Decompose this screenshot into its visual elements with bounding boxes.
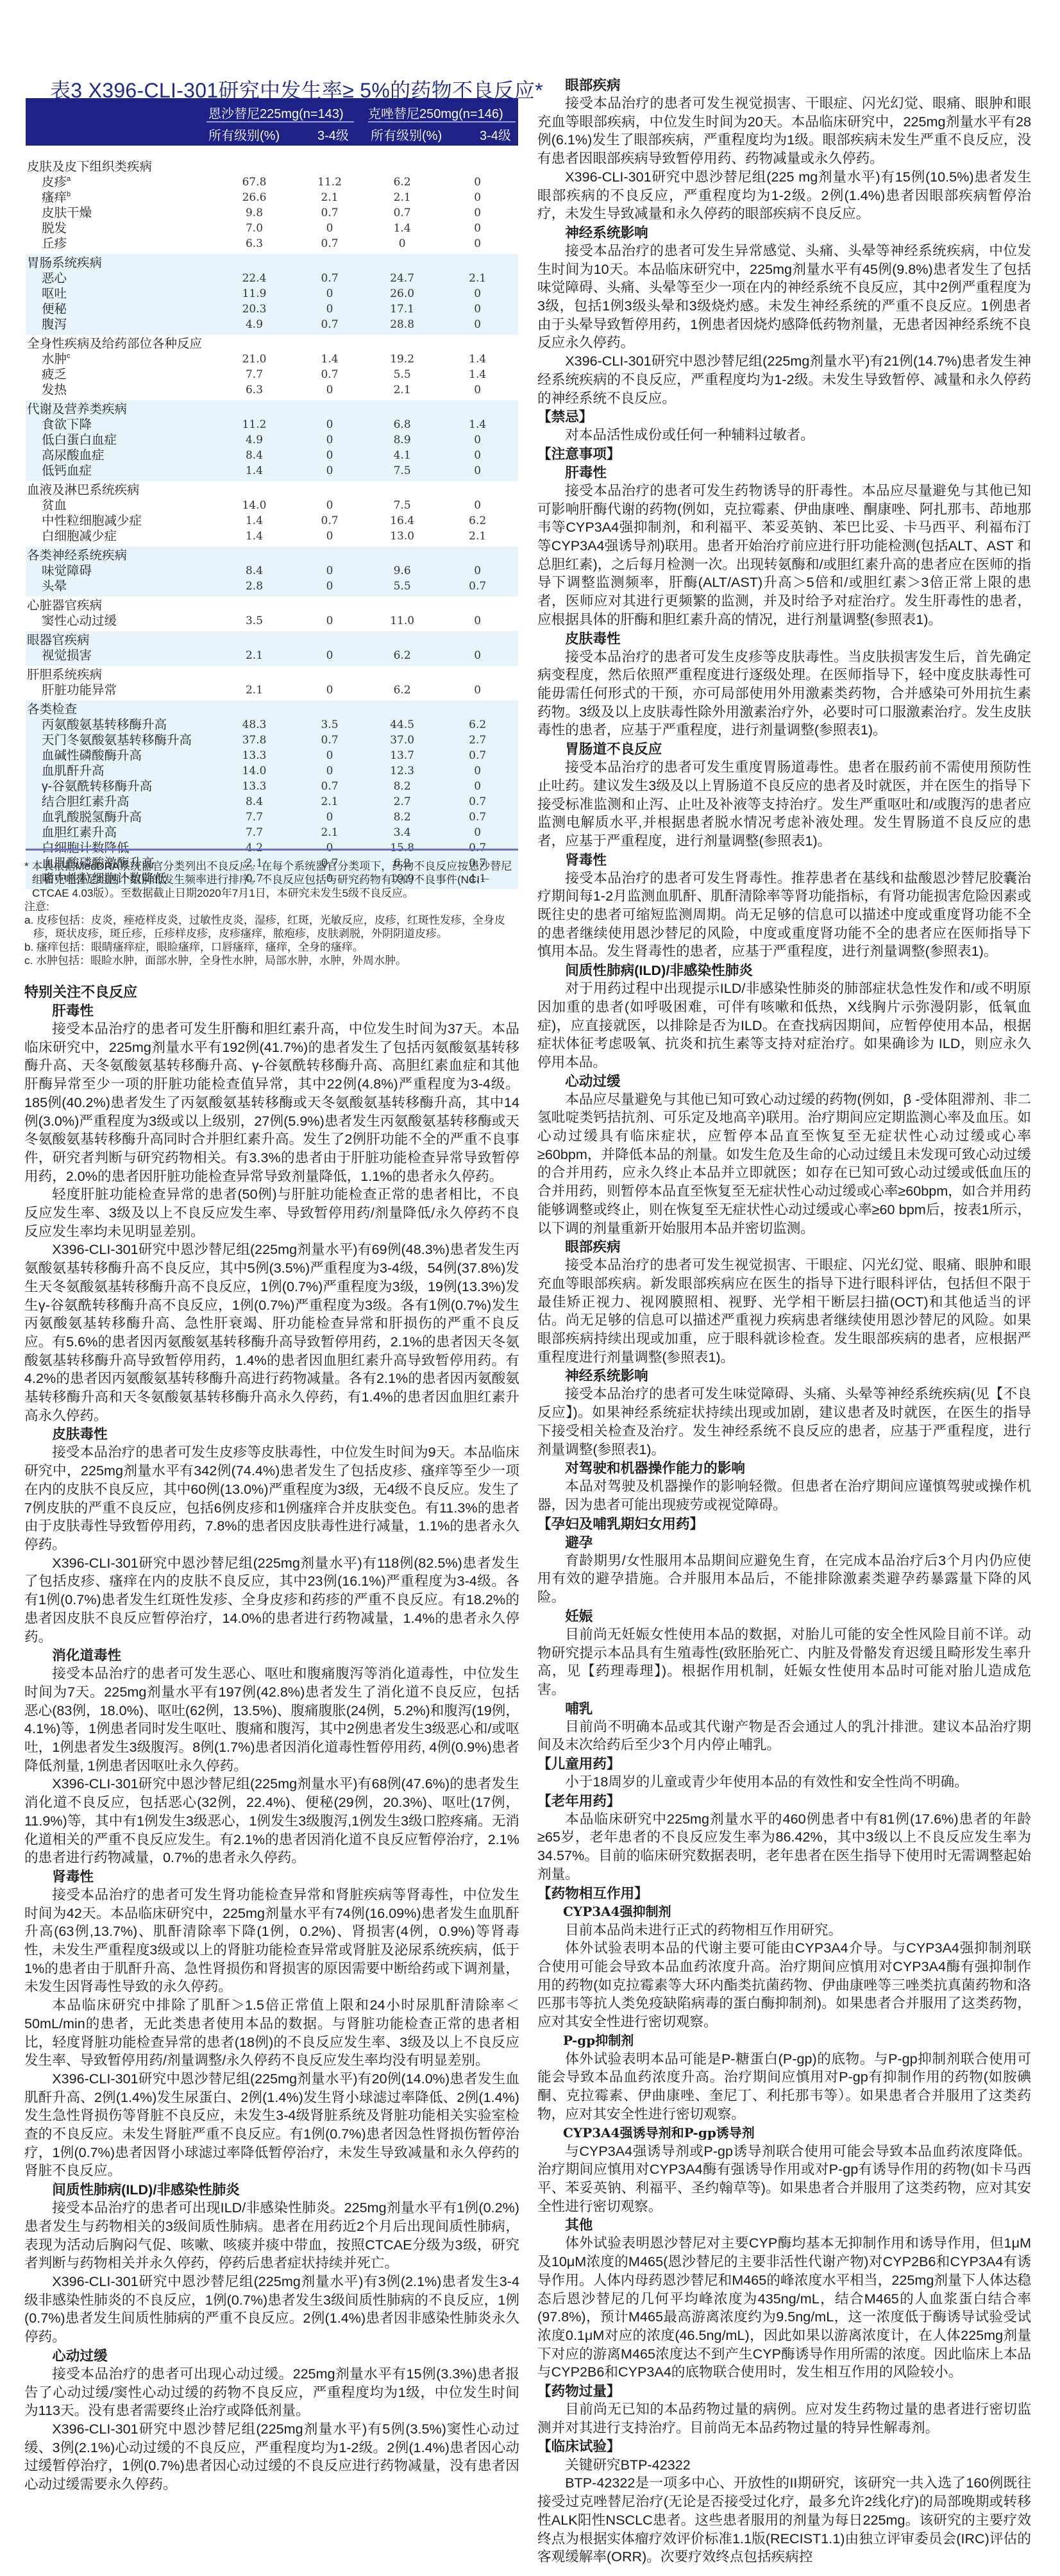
soc-group: 心脏器官疾病窦性心动过缓3.5011.00 xyxy=(26,597,518,631)
table-row: 瘙痒b26.62.12.10 xyxy=(26,190,518,205)
soc-category-label: 胃肠系统疾病 xyxy=(26,255,518,271)
adverse-event-label: γ-谷氨酰转移酶升高 xyxy=(42,779,152,793)
adverse-event-label: 瘙痒 xyxy=(42,191,67,205)
crizotinib-grade34: 2.7 xyxy=(437,733,518,748)
subheading-eye-disorders: 眼部疾病 xyxy=(537,1237,1031,1256)
table-row: 恶心22.40.724.72.1 xyxy=(26,271,518,286)
section-pediatric-use: 【儿童用药】 xyxy=(537,1754,1031,1773)
table-row: 白细胞减少症1.4013.02.1 xyxy=(26,529,518,544)
ensartinib-all-grades: 67.8 xyxy=(217,174,292,190)
soc-group: 肝胆系统疾病肝脏功能异常2.106.20 xyxy=(26,666,518,700)
crizotinib-grade34: 2.1 xyxy=(437,529,518,544)
header-all-grades-1: 所有级别(%) xyxy=(208,125,280,144)
paragraph: 接受本品治疗的患者可发生味觉障碍、头痛、头晕等神经系统疾病(见【不良反应】)。如… xyxy=(537,1385,1031,1459)
crizotinib-all-grades: 2.1 xyxy=(367,382,437,398)
table-row: 发热6.302.10 xyxy=(26,382,518,398)
adverse-event-label: 结合胆红素升高 xyxy=(42,795,130,809)
section-pregnancy-lactation: 【孕妇及哺乳期妇女用药】 xyxy=(537,1514,1031,1533)
table-row: 头晕2.805.50.7 xyxy=(26,579,518,594)
soc-group: 胃肠系统疾病恶心22.40.724.72.1呕吐11.9026.00便秘20.3… xyxy=(26,254,518,335)
paragraph: 接受本品治疗的患者可发生肝酶和胆红素升高，中位发生时间为37天。本品临床研究中，… xyxy=(24,1020,519,1185)
footnote-marker: c xyxy=(67,352,71,360)
adverse-event-label: 天门冬氨酸氨基转移酶升高 xyxy=(42,733,192,747)
crizotinib-grade34: 0 xyxy=(437,448,518,463)
ensartinib-grade34: 11.2 xyxy=(292,174,367,190)
ensartinib-grade34: 0.7 xyxy=(292,513,367,529)
footnote-a: a. 皮疹包括：皮炎，痤疮样皮炎，过敏性皮炎，湿疹，红斑，光敏反应，皮疹，红斑性… xyxy=(24,913,521,940)
paragraph: 目前尚无妊娠女性使用本品的数据，对胎儿可能的安全性风险目前不详。动物研究提示本品… xyxy=(537,1625,1031,1699)
crizotinib-all-grades: 44.5 xyxy=(367,717,437,733)
ensartinib-all-grades: 26.6 xyxy=(217,190,292,205)
subheading-bradycardia: 心动过缓 xyxy=(537,1072,1031,1090)
crizotinib-all-grades: 8.2 xyxy=(367,809,437,825)
subheading-lactation: 哺乳 xyxy=(537,1699,1031,1718)
ensartinib-all-grades: 7.7 xyxy=(217,825,292,840)
header-underline-1 xyxy=(206,121,354,123)
left-column-body: 特别关注不良反应 肝毒性 接受本品治疗的患者可发生肝酶和胆红素升高，中位发生时间… xyxy=(24,983,519,2494)
adverse-event-label: 窦性心动过缓 xyxy=(42,614,117,628)
adverse-event-label: 便秘 xyxy=(42,302,67,316)
adverse-event-label: 血胆红素升高 xyxy=(42,826,117,840)
table-row: 呕吐11.9026.00 xyxy=(26,286,518,301)
table-row: 天门冬氨酸氨基转移酶升高37.80.737.02.7 xyxy=(26,733,518,748)
adverse-event-name: 视觉损害 xyxy=(26,648,201,663)
header-underline-2 xyxy=(368,121,516,123)
adverse-event-name: 低钙血症 xyxy=(26,463,201,479)
paragraph: 体外试验表明本品的代谢主要可能由CYP3A4介导。与CYP3A4强抑制剂联合使用… xyxy=(537,1939,1031,2031)
ensartinib-grade34: 0 xyxy=(292,432,367,448)
crizotinib-grade34: 0 xyxy=(437,463,518,479)
paragraph: X396-CLI-301研究中恩沙替尼组(225mg剂量水平)有68例(47.6… xyxy=(24,1775,519,1867)
table-row: 味觉障碍8.409.60 xyxy=(26,563,518,579)
ensartinib-all-grades: 14.0 xyxy=(217,498,292,513)
adverse-event-label: 头晕 xyxy=(42,579,67,593)
adverse-event-label: 疲乏 xyxy=(42,368,67,382)
adverse-event-name: 天门冬氨酸氨基转移酶升高 xyxy=(26,733,201,748)
header-group-crizotinib: 克唑替尼250mg(n=146) xyxy=(368,103,503,122)
crizotinib-all-grades: 6.2 xyxy=(367,174,437,190)
adverse-event-name: γ-谷氨酰转移酶升高 xyxy=(26,779,201,794)
ensartinib-all-grades: 9.8 xyxy=(217,205,292,221)
ensartinib-all-grades: 1.4 xyxy=(217,513,292,529)
paragraph: 接受本品治疗的患者可发生皮疹等皮肤毒性，中位发生时间为9天。本品临床研究中，22… xyxy=(24,1443,519,1554)
ensartinib-grade34: 0 xyxy=(292,448,367,463)
table-row: 中性粒细胞减少症1.40.716.46.2 xyxy=(26,513,518,529)
crizotinib-all-grades: 6.2 xyxy=(367,648,437,663)
adverse-event-name: 肝脏功能异常 xyxy=(26,682,201,698)
ensartinib-all-grades: 6.3 xyxy=(217,382,292,398)
adverse-event-label: 肝脏功能异常 xyxy=(42,683,117,697)
ensartinib-all-grades: 6.3 xyxy=(217,236,292,251)
adverse-event-label: 皮疹 xyxy=(42,175,67,189)
header-all-grades-2: 所有级别(%) xyxy=(371,125,442,144)
adverse-event-label: 味觉障碍 xyxy=(42,564,92,578)
paragraph: 接受本品治疗的患者可发生恶心、呕吐和腹痛腹泻等消化道毒性，中位发生时间为7天。2… xyxy=(24,1665,519,1775)
subheading-contraception: 避孕 xyxy=(537,1533,1031,1552)
subheading-eye-disorders: 眼部疾病 xyxy=(537,76,1031,94)
adverse-event-name: 恶心 xyxy=(26,271,201,286)
ensartinib-all-grades: 3.5 xyxy=(217,613,292,629)
crizotinib-all-grades: 6.8 xyxy=(367,417,437,432)
section-geriatric-use: 【老年用药】 xyxy=(537,1792,1031,1810)
adverse-event-label: 食欲下降 xyxy=(42,418,92,432)
subheading-cyp3a4-inhibitors: CYP3A4强抑制剂 xyxy=(537,1902,1031,1921)
crizotinib-grade34: 0 xyxy=(437,190,518,205)
ensartinib-grade34: 0.7 xyxy=(292,733,367,748)
paragraph: 与CYP3A4强诱导剂或P-gp诱导剂联合使用可能会导致本品血药浓度降低。治疗期… xyxy=(537,2142,1031,2216)
crizotinib-grade34: 0 xyxy=(437,498,518,513)
crizotinib-all-grades: 13.0 xyxy=(367,529,437,544)
section-title-special-ae: 特别关注不良反应 xyxy=(24,983,519,1001)
paragraph: 本品临床研究中225mg剂量水平的460例患者中有81例(17.6%)患者的年龄… xyxy=(537,1810,1031,1884)
adverse-event-name: 脱发 xyxy=(26,221,201,236)
ensartinib-grade34: 0.7 xyxy=(292,779,367,794)
adverse-event-name: 高尿酸血症 xyxy=(26,448,201,463)
crizotinib-all-grades: 6.2 xyxy=(367,682,437,698)
adverse-event-name: 白细胞计数降低 xyxy=(26,840,201,856)
subheading-pgp-inhibitors: P-gp抑制剂 xyxy=(537,2031,1031,2050)
adverse-event-label: 血碱性磷酸酶升高 xyxy=(42,749,142,763)
soc-group: 各类神经系统疾病味觉障碍8.409.60头晕2.805.50.7 xyxy=(26,547,518,597)
ensartinib-all-grades: 11.9 xyxy=(217,286,292,301)
table-row: 皮肤干燥9.80.70.70 xyxy=(26,205,518,221)
adverse-event-name: 丘疹 xyxy=(26,236,201,251)
table-row: 便秘20.3017.10 xyxy=(26,301,518,317)
adverse-event-name: 血胆红素升高 xyxy=(26,825,201,840)
adverse-event-name: 味觉障碍 xyxy=(26,563,201,579)
table-header: 恩沙替尼225mg(n=143) 克唑替尼250mg(n=146) 所有级别(%… xyxy=(26,98,518,146)
adverse-event-label: 脱发 xyxy=(42,221,67,235)
adverse-event-label: 腹泻 xyxy=(42,318,67,332)
adverse-event-name: 腹泻 xyxy=(26,317,201,332)
crizotinib-all-grades: 13.7 xyxy=(367,748,437,763)
soc-category-label: 全身性疾病及给药部位各种反应 xyxy=(26,336,518,352)
crizotinib-all-grades: 15.8 xyxy=(367,840,437,856)
crizotinib-all-grades: 1.4 xyxy=(367,221,437,236)
ensartinib-all-grades: 13.3 xyxy=(217,779,292,794)
paragraph: 本品临床研究中排除了肌酐＞1.5倍正常值上限和24小时尿肌酐清除率＜50mL/m… xyxy=(24,1996,519,2070)
table-row: 食欲下降11.206.81.4 xyxy=(26,417,518,432)
crizotinib-grade34: 0 xyxy=(437,221,518,236)
paragraph: X396-CLI-301研究中恩沙替尼组(225 mg剂量水平)有15例(10.… xyxy=(537,168,1031,223)
paragraph: 接受本品治疗的患者可发生药物诱导的肝毒性。本品应尽量避免与其他已知可影响肝酶代谢… xyxy=(537,482,1031,629)
crizotinib-all-grades: 16.4 xyxy=(367,513,437,529)
ensartinib-all-grades: 4.2 xyxy=(217,840,292,856)
crizotinib-all-grades: 0 xyxy=(367,236,437,251)
subheading-gi-ae: 胃肠道不良反应 xyxy=(537,740,1031,758)
footnote-star: * 本表根据MedDRA系统器官分类列出不良反应。在每个系统器官分类项下，药物不… xyxy=(24,860,521,900)
crizotinib-grade34: 6.2 xyxy=(437,717,518,733)
ensartinib-grade34: 0.7 xyxy=(292,205,367,221)
crizotinib-grade34: 0.7 xyxy=(437,579,518,594)
table-row: 血胆红素升高7.72.13.40 xyxy=(26,825,518,840)
crizotinib-grade34: 0 xyxy=(437,432,518,448)
ensartinib-grade34: 0 xyxy=(292,809,367,825)
soc-category-label: 代谢及营养类疾病 xyxy=(26,402,518,417)
table-row: 低白蛋白血症4.908.90 xyxy=(26,432,518,448)
table-row: 白细胞计数降低4.2015.80.7 xyxy=(26,840,518,856)
ensartinib-grade34: 0.7 xyxy=(292,236,367,251)
ensartinib-all-grades: 14.0 xyxy=(217,763,292,779)
table-row: 视觉损害2.106.20 xyxy=(26,648,518,663)
paragraph: 小于18周岁的儿童或青少年使用本品的有效性和安全性尚不明确。 xyxy=(537,1773,1031,1792)
ensartinib-all-grades: 7.0 xyxy=(217,221,292,236)
ensartinib-grade34: 0 xyxy=(292,382,367,398)
adverse-event-name: 瘙痒b xyxy=(26,190,201,205)
adverse-event-label: 血肌酐升高 xyxy=(42,764,105,778)
paragraph: X396-CLI-301研究中恩沙替尼组(225mg剂量水平)有20例(14.0… xyxy=(24,2070,519,2180)
soc-group: 代谢及营养类疾病食欲下降11.206.81.4低白蛋白血症4.908.90高尿酸… xyxy=(26,400,518,481)
footnote-c: c. 水肿包括：眼睑水肿，面部水肿，全身性水肿，局部水肿，水肿，外周水肿。 xyxy=(24,954,521,967)
crizotinib-all-grades: 8.9 xyxy=(367,432,437,448)
ensartinib-all-grades: 8.4 xyxy=(217,563,292,579)
header-grade34-2: 3-4级 xyxy=(480,125,511,144)
ensartinib-all-grades: 37.8 xyxy=(217,733,292,748)
ensartinib-grade34: 0 xyxy=(292,763,367,779)
paragraph: X396-CLI-301研究中恩沙替尼组(225mg剂量水平)有21例(14.7… xyxy=(537,352,1031,407)
soc-group: 全身性疾病及给药部位各种反应水肿c21.01.419.21.4疲乏7.70.75… xyxy=(26,335,518,400)
crizotinib-grade34: 1.4 xyxy=(437,367,518,382)
footnote-note-label: 注意: xyxy=(24,900,521,913)
crizotinib-grade34: 0 xyxy=(437,205,518,221)
paragraph: BTP-42322是一项多中心、开放性的II期研究，该研究一共入选了160例既往… xyxy=(537,2474,1031,2566)
crizotinib-grade34: 0 xyxy=(437,613,518,629)
crizotinib-grade34: 0 xyxy=(437,825,518,840)
ensartinib-all-grades: 2.1 xyxy=(217,682,292,698)
section-clinical-trials: 【临床试验】 xyxy=(537,2437,1031,2455)
adverse-event-name: 皮疹a xyxy=(26,174,201,190)
paragraph: 接受本品治疗的患者可发生肾毒性。推荐患者在基线和盐酸恩沙替尼胶囊治疗期间每1-2… xyxy=(537,869,1031,962)
table-row: 血肌酐升高14.0012.30 xyxy=(26,763,518,779)
header-grade34-1: 3-4级 xyxy=(317,125,349,144)
ensartinib-grade34: 0.7 xyxy=(292,271,367,286)
ensartinib-grade34: 0 xyxy=(292,613,367,629)
table-row: 丘疹6.30.700 xyxy=(26,236,518,251)
ensartinib-grade34: 0 xyxy=(292,563,367,579)
soc-category-label: 皮肤及皮下组织类疾病 xyxy=(26,159,518,174)
subheading-other: 其他 xyxy=(537,2216,1031,2234)
adverse-event-label: 低钙血症 xyxy=(42,464,92,478)
ensartinib-grade34: 0 xyxy=(292,682,367,698)
crizotinib-all-grades: 0.7 xyxy=(367,205,437,221)
paragraph: 接受本品治疗的患者可发生重度胃肠道毒性。患者在服药前不需使用预防性止吐药。建议发… xyxy=(537,758,1031,851)
paragraph: X396-CLI-301研究中恩沙替尼组(225mg剂量水平)有69例(48.3… xyxy=(24,1241,519,1425)
table-row: 疲乏7.70.75.51.4 xyxy=(26,367,518,382)
ensartinib-grade34: 0.7 xyxy=(292,317,367,332)
crizotinib-all-grades: 24.7 xyxy=(367,271,437,286)
table-row: 窦性心动过缓3.5011.00 xyxy=(26,613,518,629)
crizotinib-all-grades: 37.0 xyxy=(367,733,437,748)
crizotinib-all-grades: 17.1 xyxy=(367,301,437,317)
crizotinib-grade34: 1.4 xyxy=(437,417,518,432)
adverse-event-label: 皮肤干燥 xyxy=(42,206,92,220)
table-row: 丙氨酸氨基转移酶升高48.33.544.56.2 xyxy=(26,717,518,733)
ensartinib-all-grades: 1.4 xyxy=(217,463,292,479)
subheading-pivotal-study: 关键研究BTP-42322 xyxy=(537,2455,1031,2474)
crizotinib-grade34: 6.2 xyxy=(437,513,518,529)
footnote-marker: a xyxy=(67,175,71,183)
table-row: 低钙血症1.407.50 xyxy=(26,463,518,479)
subheading-hepatotoxicity: 肝毒性 xyxy=(537,463,1031,482)
crizotinib-all-grades: 19.2 xyxy=(367,352,437,367)
soc-group: 眼器官疾病视觉损害2.106.20 xyxy=(26,631,518,666)
adverse-event-label: 恶心 xyxy=(42,271,67,285)
adverse-event-name: 血肌酐升高 xyxy=(26,763,201,779)
ensartinib-all-grades: 11.2 xyxy=(217,417,292,432)
right-column-body: 眼部疾病 接受本品治疗的患者可发生视觉损害、干眼症、闪光幻觉、眼痛、眼肿和眼充血… xyxy=(537,76,1031,2566)
crizotinib-all-grades: 2.1 xyxy=(367,190,437,205)
ensartinib-all-grades: 2.1 xyxy=(217,648,292,663)
table-row: 高尿酸血症8.404.10 xyxy=(26,448,518,463)
crizotinib-all-grades: 4.1 xyxy=(367,448,437,463)
paragraph: X396-CLI-301研究中恩沙替尼组(225mg剂量水平)有118例(82.… xyxy=(24,1554,519,1647)
ensartinib-all-grades: 4.9 xyxy=(217,432,292,448)
ensartinib-grade34: 0 xyxy=(292,286,367,301)
ensartinib-grade34: 0 xyxy=(292,417,367,432)
section-overdose: 【药物过量】 xyxy=(537,2382,1031,2400)
soc-category-label: 各类神经系统疾病 xyxy=(26,548,518,563)
adverse-event-name: 发热 xyxy=(26,382,201,398)
footnote-marker: b xyxy=(67,191,71,198)
paragraph: 接受本品治疗的患者可发生皮疹等皮肤毒性。当皮肤损害发生后，首先确定病变程度，然后… xyxy=(537,648,1031,740)
crizotinib-all-grades: 7.5 xyxy=(367,498,437,513)
ensartinib-all-grades: 8.4 xyxy=(217,794,292,809)
adverse-event-name: 呕吐 xyxy=(26,286,201,301)
paragraph: 育龄期男/女性服用本品期间应避免生育，在完成本品治疗后3个月内仍应使用有效的避孕… xyxy=(537,1552,1031,1607)
soc-category-label: 心脏器官疾病 xyxy=(26,598,518,613)
adverse-event-label: 白细胞计数降低 xyxy=(42,841,130,855)
paragraph: 接受本品治疗的患者可发生视觉损害、干眼症、闪光幻觉、眼痛、眼肿和眼充血等眼部疾病… xyxy=(537,1256,1031,1366)
subheading-skin-toxicity: 皮肤毒性 xyxy=(537,629,1031,648)
adverse-event-name: 低白蛋白血症 xyxy=(26,432,201,448)
paragraph: 体外试验表明恩沙替尼对主要CYP酶均基本无抑制作用和诱导作用，但1μM及10μM… xyxy=(537,2234,1031,2382)
subheading-gi-toxicity: 消化道毒性 xyxy=(24,1646,519,1665)
header-group-ensartinib: 恩沙替尼225mg(n=143) xyxy=(208,103,344,122)
soc-group: 皮肤及皮下组织类疾病皮疹a67.811.26.20瘙痒b26.62.12.10皮… xyxy=(26,158,518,254)
section-precautions: 【注意事项】 xyxy=(537,445,1031,463)
crizotinib-grade34: 0.7 xyxy=(437,809,518,825)
soc-category-label: 各类检查 xyxy=(26,702,518,717)
adverse-event-name: 血乳酸脱氢酶升高 xyxy=(26,809,201,825)
subheading-neuro-effects: 神经系统影响 xyxy=(537,1366,1031,1385)
subheading-neuro-effects: 神经系统影响 xyxy=(537,223,1031,242)
table-row: 贫血14.007.50 xyxy=(26,498,518,513)
adverse-event-name: 贫血 xyxy=(26,498,201,513)
crizotinib-all-grades: 7.5 xyxy=(367,463,437,479)
crizotinib-grade34: 2.1 xyxy=(437,271,518,286)
paragraph: 目前尚无已知的本品药物过量的病例。应对发生药物过量的患者进行密切监测并对其进行支… xyxy=(537,2400,1031,2437)
table-row: 腹泻4.90.728.80 xyxy=(26,317,518,332)
ensartinib-grade34: 0 xyxy=(292,463,367,479)
adverse-event-name: 中性粒细胞减少症 xyxy=(26,513,201,529)
crizotinib-grade34: 0 xyxy=(437,301,518,317)
crizotinib-grade34: 0 xyxy=(437,563,518,579)
subheading-bradycardia: 心动过缓 xyxy=(24,2346,519,2365)
crizotinib-all-grades: 5.5 xyxy=(367,367,437,382)
adverse-event-label: 视觉损害 xyxy=(42,648,92,663)
crizotinib-grade34: 0 xyxy=(437,779,518,794)
subheading-inducers: CYP3A4强诱导剂和P-gp诱导剂 xyxy=(537,2124,1031,2142)
crizotinib-all-grades: 28.8 xyxy=(367,317,437,332)
paragraph: 本品对驾驶及机器操作的影响轻微。但患者在治疗期间应谨慎驾驶或操作机器，因为患者可… xyxy=(537,1477,1031,1514)
ensartinib-grade34: 2.1 xyxy=(292,825,367,840)
section-contraindications: 【禁忌】 xyxy=(537,407,1031,426)
ensartinib-grade34: 2.1 xyxy=(292,794,367,809)
paragraph: X396-CLI-301研究中恩沙替尼组(225mg剂量水平)有3例(2.1%)… xyxy=(24,2273,519,2346)
adverse-event-name: 疲乏 xyxy=(26,367,201,382)
subheading-skin-toxicity: 皮肤毒性 xyxy=(24,1425,519,1443)
subheading-driving: 对驾驶和机器操作能力的影响 xyxy=(537,1459,1031,1477)
ensartinib-grade34: 0 xyxy=(292,498,367,513)
paragraph: 接受本品治疗的患者可出现心动过缓。225mg剂量水平有15例(3.3%)患者报告… xyxy=(24,2365,519,2420)
subheading-renal-toxicity: 肾毒性 xyxy=(537,851,1031,869)
adverse-event-name: 血碱性磷酸酶升高 xyxy=(26,748,201,763)
ensartinib-grade34: 0.7 xyxy=(292,367,367,382)
adverse-events-table-body: 皮肤及皮下组织类疾病皮疹a67.811.26.20瘙痒b26.62.12.10皮… xyxy=(26,158,518,889)
table-row: 血乳酸脱氢酶升高7.708.20.7 xyxy=(26,809,518,825)
adverse-event-label: 呕吐 xyxy=(42,287,67,301)
crizotinib-grade34: 1.4 xyxy=(437,352,518,367)
ensartinib-all-grades: 4.9 xyxy=(217,317,292,332)
paragraph: 本品应尽量避免与其他已知可致心动过缓的药物(例如，β -受体阻滞剂、非二氢吡啶类… xyxy=(537,1090,1031,1238)
subheading-renal-toxicity: 肾毒性 xyxy=(24,1867,519,1886)
ensartinib-grade34: 2.1 xyxy=(292,190,367,205)
paragraph: 对本品活性成份或任何一种辅料过敏者。 xyxy=(537,426,1031,445)
adverse-event-label: 高尿酸血症 xyxy=(42,448,105,462)
crizotinib-grade34: 0 xyxy=(437,317,518,332)
ensartinib-all-grades: 48.3 xyxy=(217,717,292,733)
crizotinib-all-grades: 8.2 xyxy=(367,779,437,794)
subheading-hepatotoxicity: 肝毒性 xyxy=(24,1001,519,1020)
table-row: 血碱性磷酸酶升高13.3013.70.7 xyxy=(26,748,518,763)
paragraph: 接受本品治疗的患者可发生异常感觉、头痛、头晕等神经系统疾病，中位发生时间为10天… xyxy=(537,242,1031,352)
ensartinib-all-grades: 21.0 xyxy=(217,352,292,367)
crizotinib-all-grades: 2.7 xyxy=(367,794,437,809)
soc-category-label: 眼器官疾病 xyxy=(26,632,518,648)
ensartinib-all-grades: 8.4 xyxy=(217,448,292,463)
crizotinib-all-grades: 3.4 xyxy=(367,825,437,840)
ensartinib-grade34: 0 xyxy=(292,221,367,236)
ensartinib-grade34: 0 xyxy=(292,579,367,594)
footnote-b: b. 瘙痒包括：眼睛瘙痒症，眼睑瘙痒，口唇瘙痒，瘙痒，全身的瘙痒。 xyxy=(24,940,521,954)
adverse-event-name: 食欲下降 xyxy=(26,417,201,432)
crizotinib-all-grades: 12.3 xyxy=(367,763,437,779)
ensartinib-grade34: 0 xyxy=(292,648,367,663)
paragraph: 接受本品治疗的患者可发生视觉损害、干眼症、闪光幻觉、眼痛、眼肿和眼充血等眼部疾病… xyxy=(537,94,1031,168)
ensartinib-all-grades: 7.7 xyxy=(217,367,292,382)
table-row: 皮疹a67.811.26.20 xyxy=(26,174,518,190)
adverse-event-name: 水肿c xyxy=(26,352,201,367)
paragraph: X396-CLI-301研究中恩沙替尼组(225mg剂量水平)有5例(3.5%)… xyxy=(24,2420,519,2494)
adverse-event-label: 低白蛋白血症 xyxy=(42,433,117,447)
ensartinib-all-grades: 22.4 xyxy=(217,271,292,286)
adverse-event-label: 白细胞减少症 xyxy=(42,529,117,543)
ensartinib-all-grades: 20.3 xyxy=(217,301,292,317)
paragraph: 轻度肝脏功能检查异常的患者(50例)与肝脏功能检查正常的患者相比，不良反应发生率… xyxy=(24,1185,519,1241)
crizotinib-grade34: 0 xyxy=(437,286,518,301)
crizotinib-grade34: 0 xyxy=(437,648,518,663)
section-drug-interactions: 【药物相互作用】 xyxy=(537,1884,1031,1902)
adverse-event-name: 窦性心动过缓 xyxy=(26,613,201,629)
crizotinib-grade34: 0 xyxy=(437,236,518,251)
paragraph: 目前尚不明确本品或其代谢产物是否会通过人的乳汁排泄。建议本品治疗期间及末次给药后… xyxy=(537,1718,1031,1754)
subheading-ild: 间质性肺病(ILD)/非感染性肺炎 xyxy=(537,961,1031,979)
ensartinib-grade34: 3.5 xyxy=(292,717,367,733)
table-footnotes: * 本表根据MedDRA系统器官分类列出不良反应。在每个系统器官分类项下，药物不… xyxy=(24,860,521,967)
adverse-event-name: 丙氨酸氨基转移酶升高 xyxy=(26,717,201,733)
table-row: 结合胆红素升高8.42.12.70.7 xyxy=(26,794,518,809)
ensartinib-grade34: 0 xyxy=(292,840,367,856)
